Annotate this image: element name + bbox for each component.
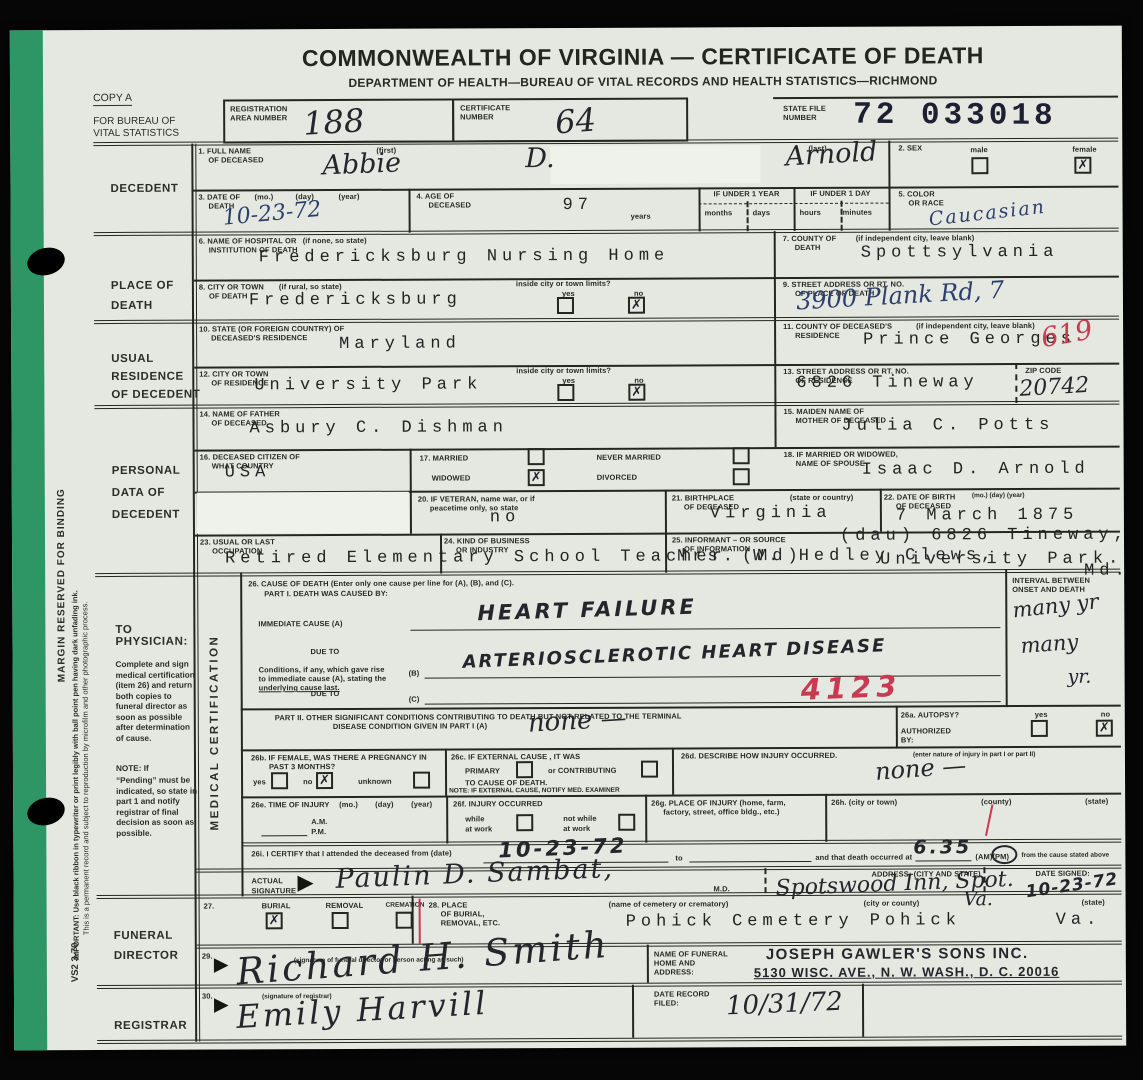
contributing-label: or CONTRIBUTING xyxy=(548,766,617,775)
field-7-label-1: 7. COUNTY OF xyxy=(783,234,837,243)
field-12-limits-label: inside city or town limits? xyxy=(516,366,611,375)
divorced-checkbox xyxy=(733,468,750,485)
signature-arrow-icon: ▶ xyxy=(297,870,313,894)
funeral-home-label-2: HOME AND xyxy=(654,958,695,967)
field-26-label: 26. CAUSE OF DEATH (Enter only one cause… xyxy=(248,578,514,588)
physician-address-value-2: Va. xyxy=(964,888,993,910)
primary-checkbox xyxy=(516,761,533,778)
field-12-no-checkbox: ✗ xyxy=(628,384,645,401)
field-16-label-1: 16. DECEASED CITIZEN OF xyxy=(200,452,300,461)
field-12-yes-checkbox xyxy=(557,384,574,401)
birthplace-value: Virginia xyxy=(710,504,832,524)
autopsy-no-label: no xyxy=(1101,710,1110,719)
am-label: A.M. xyxy=(311,817,327,826)
rule xyxy=(747,201,749,231)
pregnancy-yes-checkbox xyxy=(271,772,288,789)
cause-code-value: 4123 xyxy=(800,669,902,707)
whiteout-patch xyxy=(197,492,409,534)
place-of-injury-label-2: factory, street, office bldg., etc.) xyxy=(663,807,779,817)
pregnancy-unknown-checkbox xyxy=(413,772,430,789)
date-filed-label-2: FILED: xyxy=(654,999,679,1008)
rule xyxy=(425,675,1001,679)
rule xyxy=(240,572,243,896)
cause-b-label: (B) xyxy=(409,669,420,678)
state-file-label-2: NUMBER xyxy=(783,113,817,122)
field-29-number: 29. xyxy=(202,952,213,961)
cemetery-state-hint: (state) xyxy=(1082,898,1105,907)
not-while-label-1: not while xyxy=(563,814,596,823)
certificate-number-value: 64 xyxy=(554,101,597,142)
cremation-checkbox xyxy=(396,912,413,929)
section-registrar: REGISTRAR xyxy=(114,1020,187,1032)
while-label-2: at work xyxy=(465,824,492,833)
rule xyxy=(862,984,864,1037)
field-5-label-1: 5. COLOR xyxy=(898,189,934,198)
days-label: days xyxy=(753,208,771,217)
minutes-label: minutes xyxy=(843,208,873,217)
veteran-value: no xyxy=(490,508,520,527)
cause-conditions-2: to immediate cause (A), stating the xyxy=(259,674,387,684)
residence-county-code: 619 xyxy=(1039,314,1095,354)
rule xyxy=(193,186,1118,192)
field-7-label-2: DEATH xyxy=(795,243,821,252)
state-file-label-1: STATE FILE xyxy=(783,104,826,113)
months-label: months xyxy=(705,208,733,217)
injury-state-label: (state) xyxy=(1085,797,1108,806)
rule xyxy=(241,839,1121,847)
spouse-name-value: Isaac D. Arnold xyxy=(862,460,1090,480)
section-funeral-director-1: FUNERAL xyxy=(114,930,173,942)
section-to-physician-2: PHYSICIAN: xyxy=(115,636,188,648)
rule xyxy=(1005,569,1008,707)
md-label: M.D. xyxy=(714,884,730,893)
hours-label: hours xyxy=(800,208,821,217)
field-28-label-3: REMOVAL, ETC. xyxy=(441,918,501,927)
rule xyxy=(888,141,890,187)
red-check-mark xyxy=(985,804,993,836)
age-value: 97 xyxy=(563,196,593,215)
time-of-injury-label: 26e. TIME OF INJURY xyxy=(251,800,329,809)
field-4-label-2: DECEASED xyxy=(429,200,472,209)
autopsy-label: 26a. AUTOPSY? xyxy=(901,710,959,719)
field-10-label-1: 10. STATE (OR FOREIGN COUNTRY) OF xyxy=(199,324,344,334)
rule xyxy=(194,363,1119,369)
field-8-label-1: 8. CITY OR TOWN xyxy=(199,282,264,291)
widowed-label: WIDOWED xyxy=(432,473,471,482)
form-number: VS2 3-70 xyxy=(70,902,81,982)
field-25-label-1: 25. INFORMANT – OR SOURCE xyxy=(672,535,786,544)
married-label: 17. MARRIED xyxy=(420,453,469,462)
residence-address-value: 6826 Tineway xyxy=(796,373,979,393)
field-28-label-2: OF BURIAL, xyxy=(441,909,485,918)
field-1-label-1: 1. FULL NAME xyxy=(198,146,251,155)
removal-label: REMOVAL xyxy=(326,901,364,910)
certificate-number-label-1: CERTIFICATE xyxy=(460,103,510,112)
actual-signature-label-1: ACTUAL xyxy=(251,876,282,885)
field-7-hint: (if independent city, leave blank) xyxy=(856,233,975,243)
page-subtitle: DEPARTMENT OF HEALTH—BUREAU OF VITAL REC… xyxy=(193,73,1093,91)
rule xyxy=(97,1036,1122,1044)
pregnancy-no-label: no xyxy=(303,777,312,786)
under-1-year-label: IF UNDER 1 YEAR xyxy=(700,189,792,198)
while-at-work-checkbox xyxy=(516,814,533,831)
rule xyxy=(888,187,890,231)
field-18-label-2: NAME OF SPOUSE xyxy=(796,459,865,468)
field-8-label-2: OF DEATH xyxy=(209,291,248,300)
rule xyxy=(896,706,898,749)
section-place-of-death-2: DEATH xyxy=(111,300,153,312)
field-30-number: 30. xyxy=(202,992,213,1001)
sex-female-checkbox: ✗ xyxy=(1074,157,1091,174)
injury-mo-hint: (mo.) xyxy=(339,800,358,809)
married-checkbox xyxy=(528,448,545,465)
certificate-number-label-2: NUMBER xyxy=(460,112,494,121)
part2-value: none — xyxy=(527,703,627,739)
rule xyxy=(425,701,1001,705)
date-of-death-value: 10-23-72 xyxy=(222,197,323,231)
rule xyxy=(672,748,674,795)
state-file-value: 72 033018 xyxy=(853,98,1057,134)
section-decedent: DECEDENT xyxy=(110,183,178,195)
field-8-no-checkbox: ✗ xyxy=(628,297,645,314)
section-personal-data-3: DECEDENT xyxy=(112,509,180,521)
field-11-label-2: RESIDENCE xyxy=(795,331,840,340)
date-filed-label-1: DATE RECORD xyxy=(654,989,710,998)
certificate-paper: MARGIN RESERVED FOR BINDING IMPORTANT: U… xyxy=(10,26,1126,1051)
field-3-label-1: 3. DATE OF xyxy=(198,192,240,201)
part2-label-2: DISEASE CONDITION GIVEN IN PART I (A) xyxy=(333,721,487,731)
field-27-number: 27. xyxy=(204,902,215,911)
rule xyxy=(410,449,412,534)
authorized-by-label-2: BY: xyxy=(901,735,914,744)
father-name-value: Asbury C. Dishman xyxy=(249,418,508,438)
death-time-value: 6.35 xyxy=(913,836,972,858)
section-usual-residence-1: USUAL xyxy=(111,353,154,365)
informant-value-1: (dau) 6826 Tineway, xyxy=(840,526,1129,546)
funeral-home-label-3: ADDRESS: xyxy=(654,967,694,976)
section-personal-data-1: PERSONAL xyxy=(112,465,181,477)
color-race-value: Caucasian xyxy=(928,196,1047,231)
copy-label: COPY A xyxy=(93,92,132,106)
never-married-checkbox xyxy=(733,447,750,464)
interval-label-1: INTERVAL BETWEEN xyxy=(1012,576,1090,585)
date-filed-value: 10/31/72 xyxy=(725,987,843,1022)
pregnancy-no-checkbox: ✗ xyxy=(316,772,333,789)
residence-state-value: Maryland xyxy=(339,334,461,354)
section-personal-data-2: DATA OF xyxy=(112,487,165,499)
field-18-label-1: 18. IF MARRIED OR WIDOWED, xyxy=(784,450,898,459)
rule xyxy=(632,985,634,1038)
never-married-label: NEVER MARRIED xyxy=(597,453,661,462)
funeral-home-name-value: JOSEPH GAWLER'S SONS INC. xyxy=(766,945,1029,963)
section-usual-residence-3: OF DECEDENT xyxy=(111,389,200,401)
age-years-label: years xyxy=(631,212,651,221)
binding-strip xyxy=(10,30,47,1050)
primary-label: PRIMARY xyxy=(465,766,500,775)
autopsy-yes-checkbox xyxy=(1031,720,1048,737)
divorced-label: DIVORCED xyxy=(597,473,637,482)
interval-b-value-1: many xyxy=(1020,630,1079,658)
pregnancy-unknown-label: unknown xyxy=(358,777,392,786)
not-while-label-2: at work xyxy=(563,824,590,833)
while-label-1: while xyxy=(465,814,484,823)
signature-arrow-icon: ▶ xyxy=(214,953,229,975)
field-14-label-1: 14. NAME OF FATHER xyxy=(199,409,279,418)
rule xyxy=(261,835,307,836)
zip-code-label: ZIP CODE xyxy=(1025,366,1061,375)
date-of-birth-value: 7 March 1875 xyxy=(896,506,1079,526)
margin-binding-text: MARGIN RESERVED FOR BINDING xyxy=(55,350,68,820)
registration-area-value: 188 xyxy=(302,101,365,142)
cemetery-city-value: Pohick xyxy=(870,911,961,930)
interval-a-value: many yr xyxy=(1011,589,1100,622)
autopsy-no-checkbox: ✗ xyxy=(1096,720,1113,737)
cemetery-hint: (name of cemetery or crematory) xyxy=(609,899,729,909)
field-3-year-hint: (year) xyxy=(338,192,359,201)
field-24-label-1: 24. KIND OF BUSINESS xyxy=(444,536,530,545)
not-while-at-work-checkbox xyxy=(618,814,635,831)
rule xyxy=(915,860,971,861)
full-name-last-value: Arnold xyxy=(785,136,879,172)
pm-circle xyxy=(991,845,1017,864)
rule xyxy=(191,144,200,1042)
autopsy-yes-label: yes xyxy=(1035,710,1048,719)
interval-b-value-2: yr. xyxy=(1068,666,1092,688)
field-3-mo-hint: (mo.) xyxy=(254,192,273,201)
registration-area-label-1: REGISTRATION xyxy=(230,104,287,113)
field-26-part1-label: PART I. DEATH WAS CAUSED BY: xyxy=(264,589,388,599)
rule xyxy=(195,446,1120,452)
cemetery-city-hint: (city or county) xyxy=(864,898,920,907)
rule xyxy=(825,794,827,842)
registration-area-label-2: AREA NUMBER xyxy=(230,113,287,122)
rule xyxy=(408,189,410,233)
pm-label: P.M. xyxy=(311,827,326,836)
field-8-yes-checkbox xyxy=(557,297,574,314)
rule xyxy=(645,795,647,843)
field-10-label-2: DECEASED'S RESIDENCE xyxy=(211,333,307,342)
under-1-day-label: IF UNDER 1 DAY xyxy=(794,189,886,198)
mother-name-value: Julia C. Potts xyxy=(841,416,1054,436)
removal-checkbox xyxy=(332,912,349,929)
physician-signature: Paulin D. Sambat, xyxy=(335,853,615,895)
rule xyxy=(445,749,447,796)
copy-bureau-2: VITAL STATISTICS xyxy=(93,128,179,139)
to-cause-label: TO CAUSE OF DEATH. xyxy=(465,778,547,787)
cause-c-label: (C) xyxy=(409,695,420,704)
section-usual-residence-2: RESIDENCE xyxy=(111,371,184,383)
rule xyxy=(647,945,649,983)
section-place-of-death-1: PLACE OF xyxy=(111,280,174,292)
external-cause-label: 26c. IF EXTERNAL CAUSE , IT WAS xyxy=(451,752,580,762)
informant-value-4: Md. xyxy=(1084,562,1130,581)
due-to-label-1: DUE TO xyxy=(310,647,339,656)
sex-female-label: female xyxy=(1072,145,1096,154)
injury-occurred-label: 26d. DESCRIBE HOW INJURY OCCURRED. xyxy=(681,751,837,761)
rule xyxy=(880,489,882,532)
rule xyxy=(446,796,448,844)
pending-note-body: “Pending” must be indicated, so state in… xyxy=(116,776,202,839)
hospital-value: Fredericksburg Nursing Home xyxy=(259,247,670,268)
field-28-label-1: 28. PLACE xyxy=(429,900,468,909)
certify-label: 26i. I CERTIFY that I attended the decea… xyxy=(251,849,451,859)
rule xyxy=(410,627,1000,631)
immediate-cause-label: IMMEDIATE CAUSE (A) xyxy=(258,619,342,628)
field-5-label-2: OR RACE xyxy=(909,198,944,207)
pregnancy-label-1: 26b. IF FEMALE, WAS THERE A PREGNANCY IN xyxy=(251,753,427,763)
widowed-checkbox: ✗ xyxy=(528,469,545,486)
full-name-middle-value: D. xyxy=(525,143,554,174)
actual-signature-label-2: SIGNATURE xyxy=(252,886,297,895)
injury-year-hint: (year) xyxy=(411,800,432,809)
field-15-label-1: 15. MAIDEN NAME OF xyxy=(783,407,864,416)
cause-stated-label: from the cause stated above xyxy=(1021,852,1117,860)
cemetery-state-value: Va. xyxy=(1056,911,1102,930)
field-8-hint: (if rural, so state) xyxy=(279,282,342,291)
authorized-by-label-1: AUTHORIZED xyxy=(901,726,951,735)
field-2-label: 2. SEX xyxy=(898,143,922,152)
injury-city-label: 26h. (city or town) xyxy=(831,798,897,807)
field-21-hint: (state or country) xyxy=(790,493,854,502)
pregnancy-yes-label: yes xyxy=(253,777,266,786)
rule xyxy=(689,861,811,863)
section-funeral-director-2: DIRECTOR xyxy=(114,950,179,962)
field-24-label-2: OR INDUSTRY xyxy=(456,545,509,554)
margin-permanent-text: This is a permanent record and subject t… xyxy=(79,295,91,935)
field-21-label-1: 21. BIRTHPLACE xyxy=(672,493,734,502)
copy-bureau-1: FOR BUREAU OF xyxy=(93,116,175,127)
death-occurred-label: and that death occurred at xyxy=(815,853,912,862)
zip-code-value: 20742 xyxy=(1019,373,1090,402)
page-title: COMMONWEALTH OF VIRGINIA — CERTIFICATE O… xyxy=(193,42,1093,73)
sex-male-checkbox xyxy=(971,157,988,174)
burial-checkbox: ✗ xyxy=(266,912,283,929)
rule xyxy=(774,231,777,447)
injury-county-label: (county) xyxy=(981,797,1011,806)
field-11-label-1: 11. COUNTY OF DECEASED'S xyxy=(783,322,892,331)
rule xyxy=(1015,363,1017,403)
external-cause-note: NOTE: IF EXTERNAL CAUSE, NOTIFY MED. EXA… xyxy=(449,787,620,796)
injury-occurred-work-label: 26f. INJURY OCCURRED xyxy=(453,799,543,808)
citizen-value: USA xyxy=(225,463,271,482)
county-of-death-value: Spottsylvania xyxy=(861,243,1059,263)
whiteout-patch xyxy=(550,145,760,184)
field-22-label-1: 22. DATE OF BIRTH xyxy=(884,492,956,501)
injury-day-hint: (day) xyxy=(375,800,393,809)
residence-city-value: University Park xyxy=(254,375,482,395)
certify-to-label: to xyxy=(675,854,682,863)
rule xyxy=(764,868,766,893)
cause-a-value: HEART FAILURE xyxy=(477,595,697,626)
due-to-label-2: DUE TO xyxy=(311,689,340,698)
pending-note-title: NOTE: If xyxy=(116,764,149,775)
funeral-home-label-1: NAME OF FUNERAL xyxy=(654,949,728,958)
sex-male-label: male xyxy=(970,145,988,154)
funeral-home-address-value: 5130 WISC. AVE., N. W. WASH., D. C. 2001… xyxy=(754,964,1059,980)
field-4-label-1: 4. AGE OF xyxy=(416,191,454,200)
field-6-hint: (if none, so state) xyxy=(303,236,367,245)
field-23-label-1: 23. USUAL OR LAST xyxy=(200,537,275,546)
section-medical-certification: MEDICAL CERTIFICATION xyxy=(208,578,221,888)
physician-instructions: Complete and sign medical certification … xyxy=(116,660,198,744)
burial-label: BURIAL xyxy=(262,901,291,910)
field-1-label-2: OF DECEASED xyxy=(208,155,263,164)
rule xyxy=(95,569,1120,577)
registrar-signature: Emily Harvill xyxy=(235,984,489,1036)
section-to-physician-1: TO xyxy=(115,624,132,636)
rule xyxy=(241,705,1121,710)
pregnancy-label-2: PAST 3 MONTHS? xyxy=(269,762,335,771)
field-22-hint: (mo.) (day) (year) xyxy=(972,492,1025,500)
signature-arrow-icon: ▶ xyxy=(214,993,229,1015)
contributing-checkbox xyxy=(641,761,658,778)
cemetery-value: Pohick Cemetery xyxy=(626,912,854,932)
scan-background: MARGIN RESERVED FOR BINDING IMPORTANT: U… xyxy=(0,0,1143,1080)
field-6-label-1: 6. NAME OF HOSPITAL OR xyxy=(199,236,297,245)
injury-description-value: none — xyxy=(874,751,967,786)
full-name-first-value: Abbie xyxy=(322,147,402,181)
city-of-death-value: Fredericksburg xyxy=(249,290,462,310)
rule xyxy=(94,401,1119,409)
field-8-limits-label: inside city or town limits? xyxy=(516,279,611,288)
cause-b-value: ARTERIOSCLEROTIC HEART DISEASE xyxy=(462,635,886,673)
